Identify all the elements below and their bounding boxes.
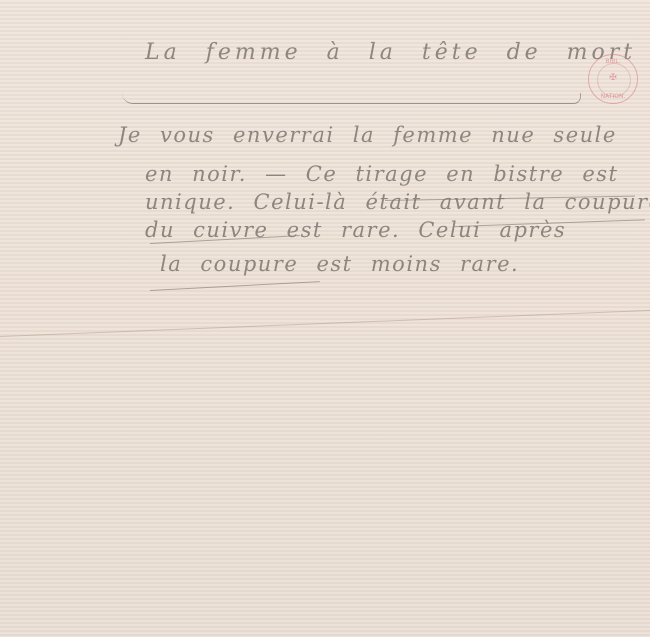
stamp-top-text: BIBL. bbox=[589, 58, 637, 65]
letter-line-4: du cuivre est rare. Celui après bbox=[145, 218, 566, 242]
letter-line-2: en noir. — Ce tirage en bistre est bbox=[145, 162, 619, 186]
letter-line-3: unique. Celui-là était avant la coupure bbox=[145, 190, 650, 214]
letter-line-1: Je vous enverrai la femme nue seule bbox=[118, 123, 617, 147]
stamp-emblem-icon: ✠ bbox=[589, 73, 637, 83]
stamp-bottom-text: NATION. bbox=[589, 93, 637, 100]
title-underline-flourish bbox=[122, 93, 581, 104]
library-stamp: BIBL. ✠ NATION. bbox=[588, 54, 638, 104]
letter-title: La femme à la tête de mort bbox=[145, 40, 636, 65]
letter-line-5: la coupure est moins rare. bbox=[160, 252, 519, 276]
